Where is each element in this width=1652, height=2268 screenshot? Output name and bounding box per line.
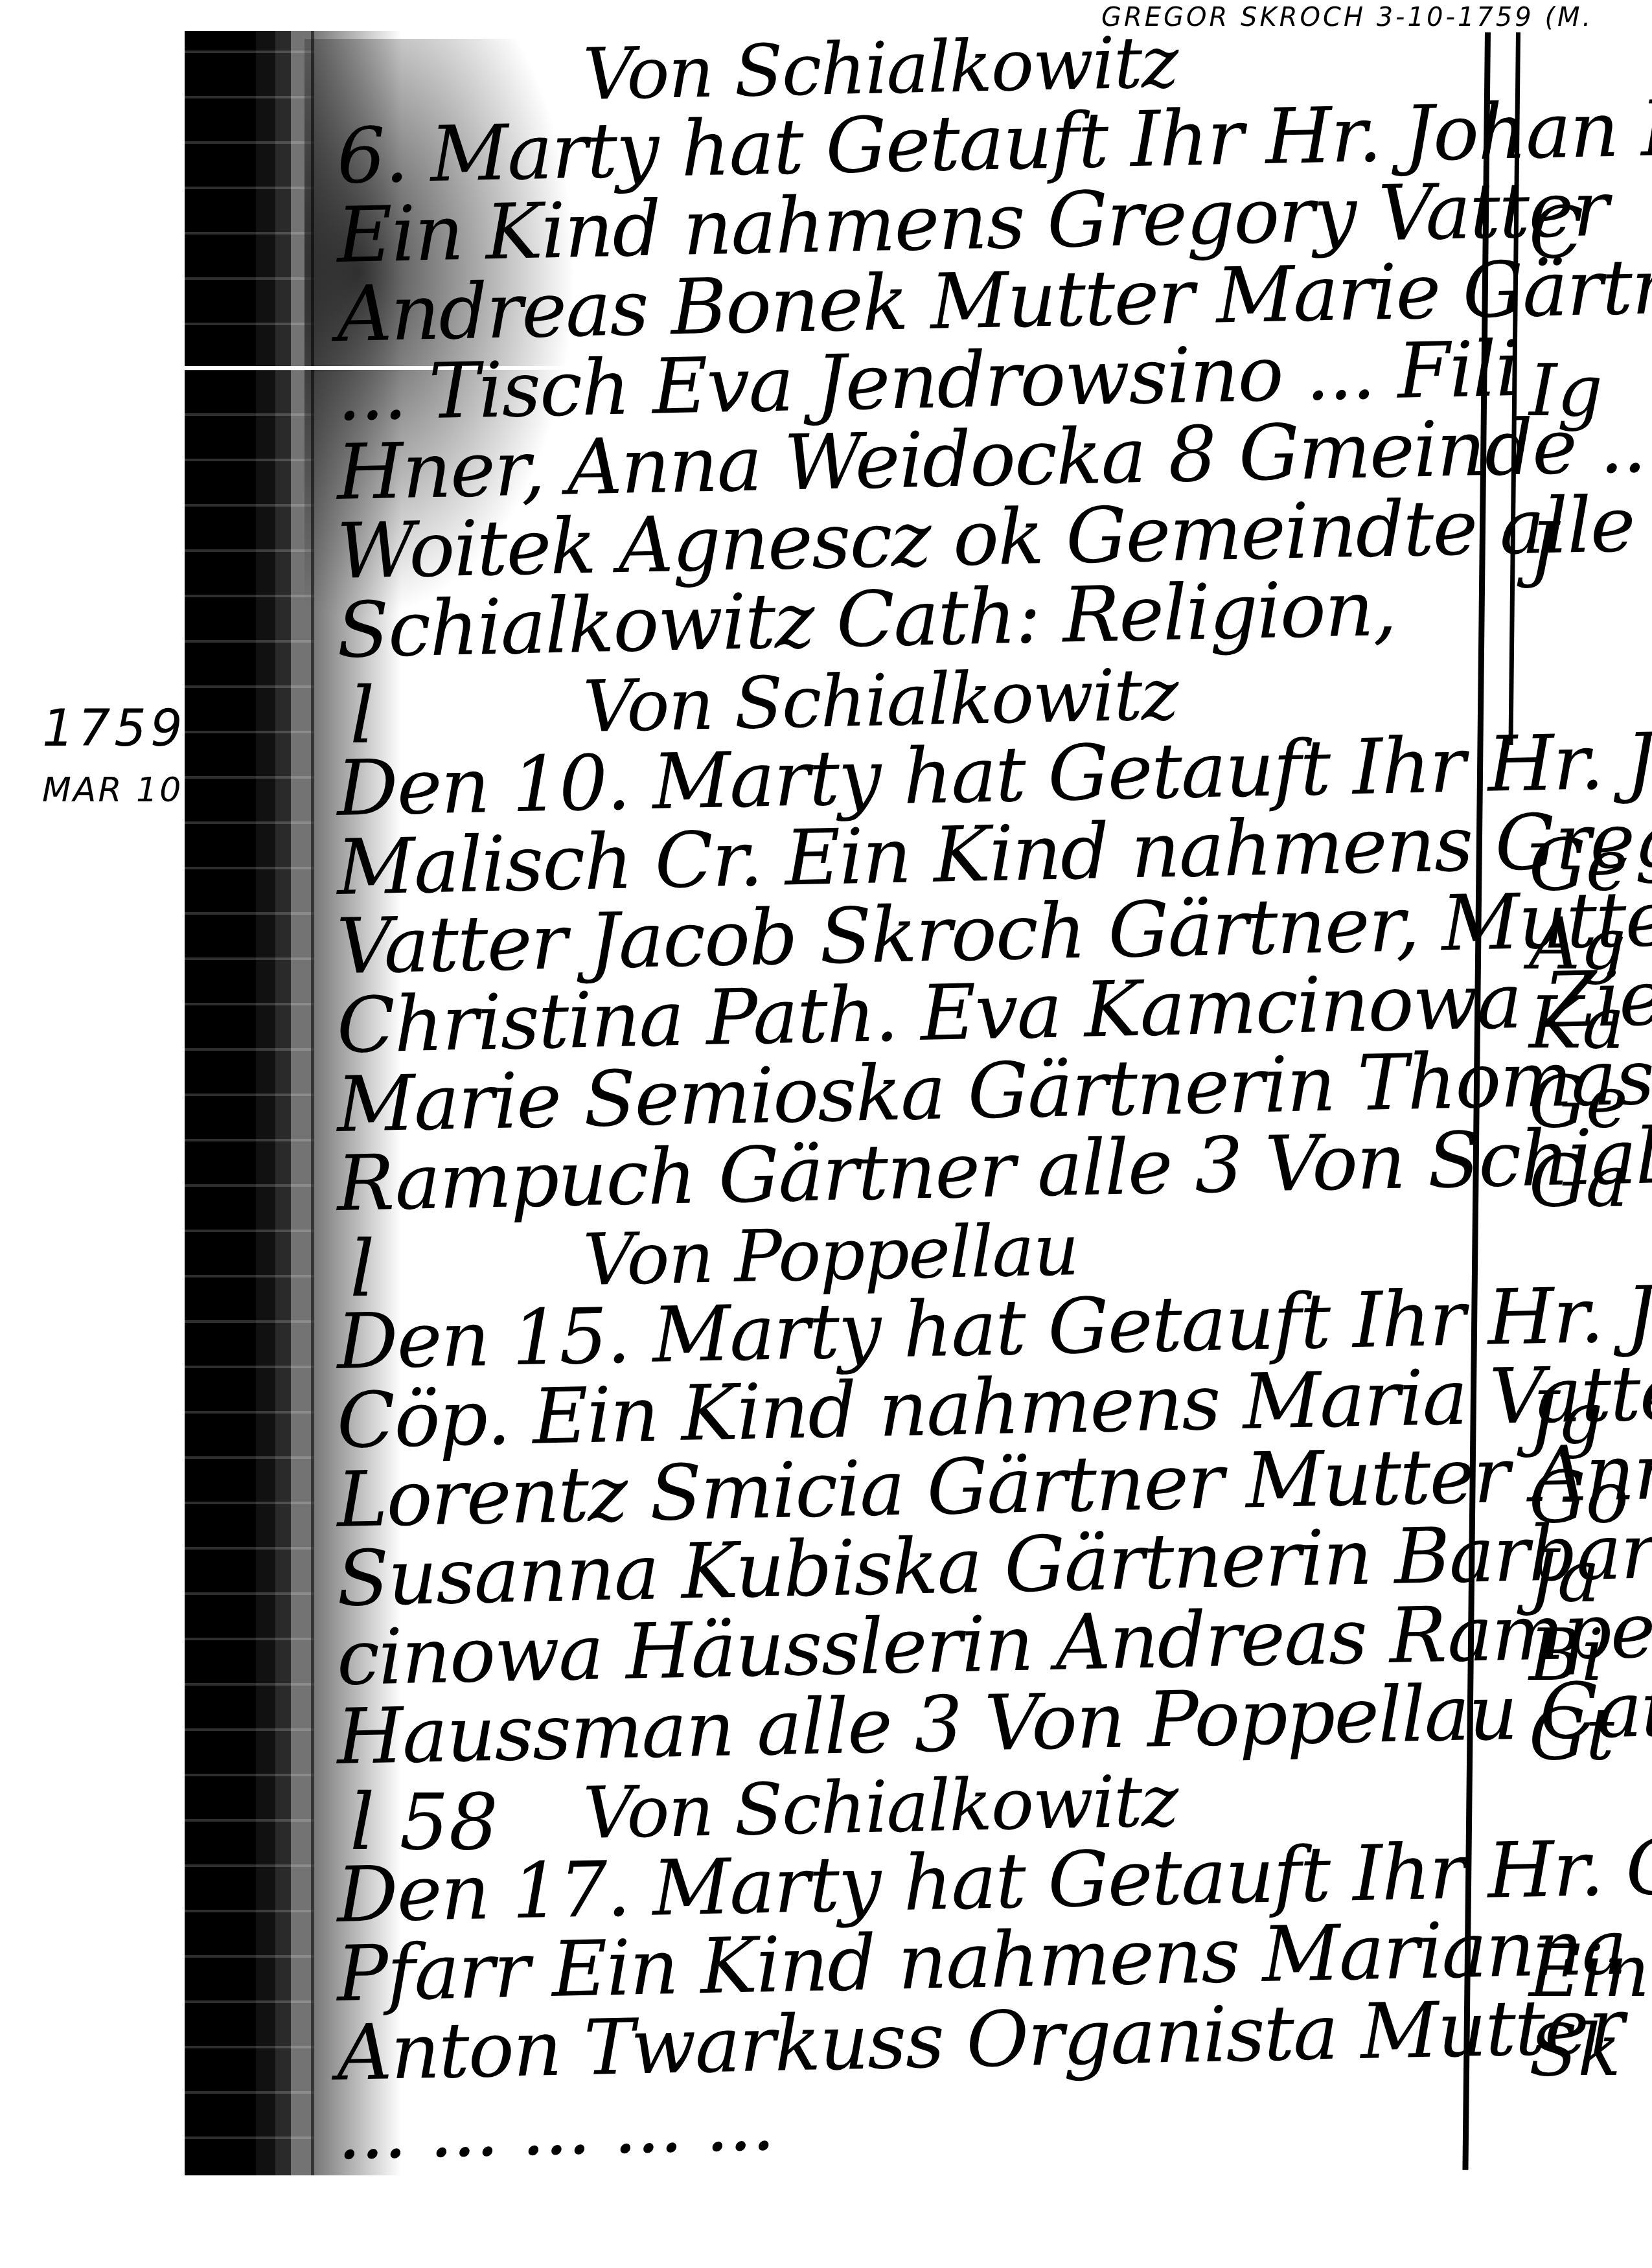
right-margin-note: Ig <box>1529 355 1603 426</box>
right-margin-note: Ge <box>1529 1066 1628 1138</box>
margin-year-annotation: 1759 <box>42 700 187 758</box>
right-margin-note: J <box>1529 513 1557 584</box>
left-margin-mark: l 58 <box>350 1778 498 1868</box>
right-margin-note: Ein <box>1529 1936 1649 2007</box>
right-margin-note: Ja <box>1529 1541 1600 1612</box>
right-margin-note: Bi <box>1529 1620 1604 1691</box>
left-margin-mark: l <box>350 671 374 761</box>
register-line: ... ... ... ... ... <box>336 2085 775 2170</box>
right-margin-note: Ge <box>1529 829 1628 900</box>
register-line: Schialkowitz Cath: Religion, <box>336 570 1397 669</box>
right-margin-note: Ka <box>1529 987 1625 1059</box>
right-margin-note: Jg <box>1529 1382 1603 1454</box>
left-margin-mark: l <box>350 1224 374 1314</box>
right-margin-note: Ag <box>1529 908 1626 979</box>
right-margin-note: Ga <box>1529 1145 1628 1217</box>
margin-date-annotation: MAR 10 <box>42 771 183 810</box>
binding-shadow <box>185 31 314 2175</box>
right-margin-note: C <box>1529 197 1583 268</box>
right-margin-note: Gt <box>1529 1699 1614 1770</box>
right-margin-note: Go <box>1529 1461 1629 1533</box>
right-margin-note: Sk <box>1529 2015 1621 2086</box>
